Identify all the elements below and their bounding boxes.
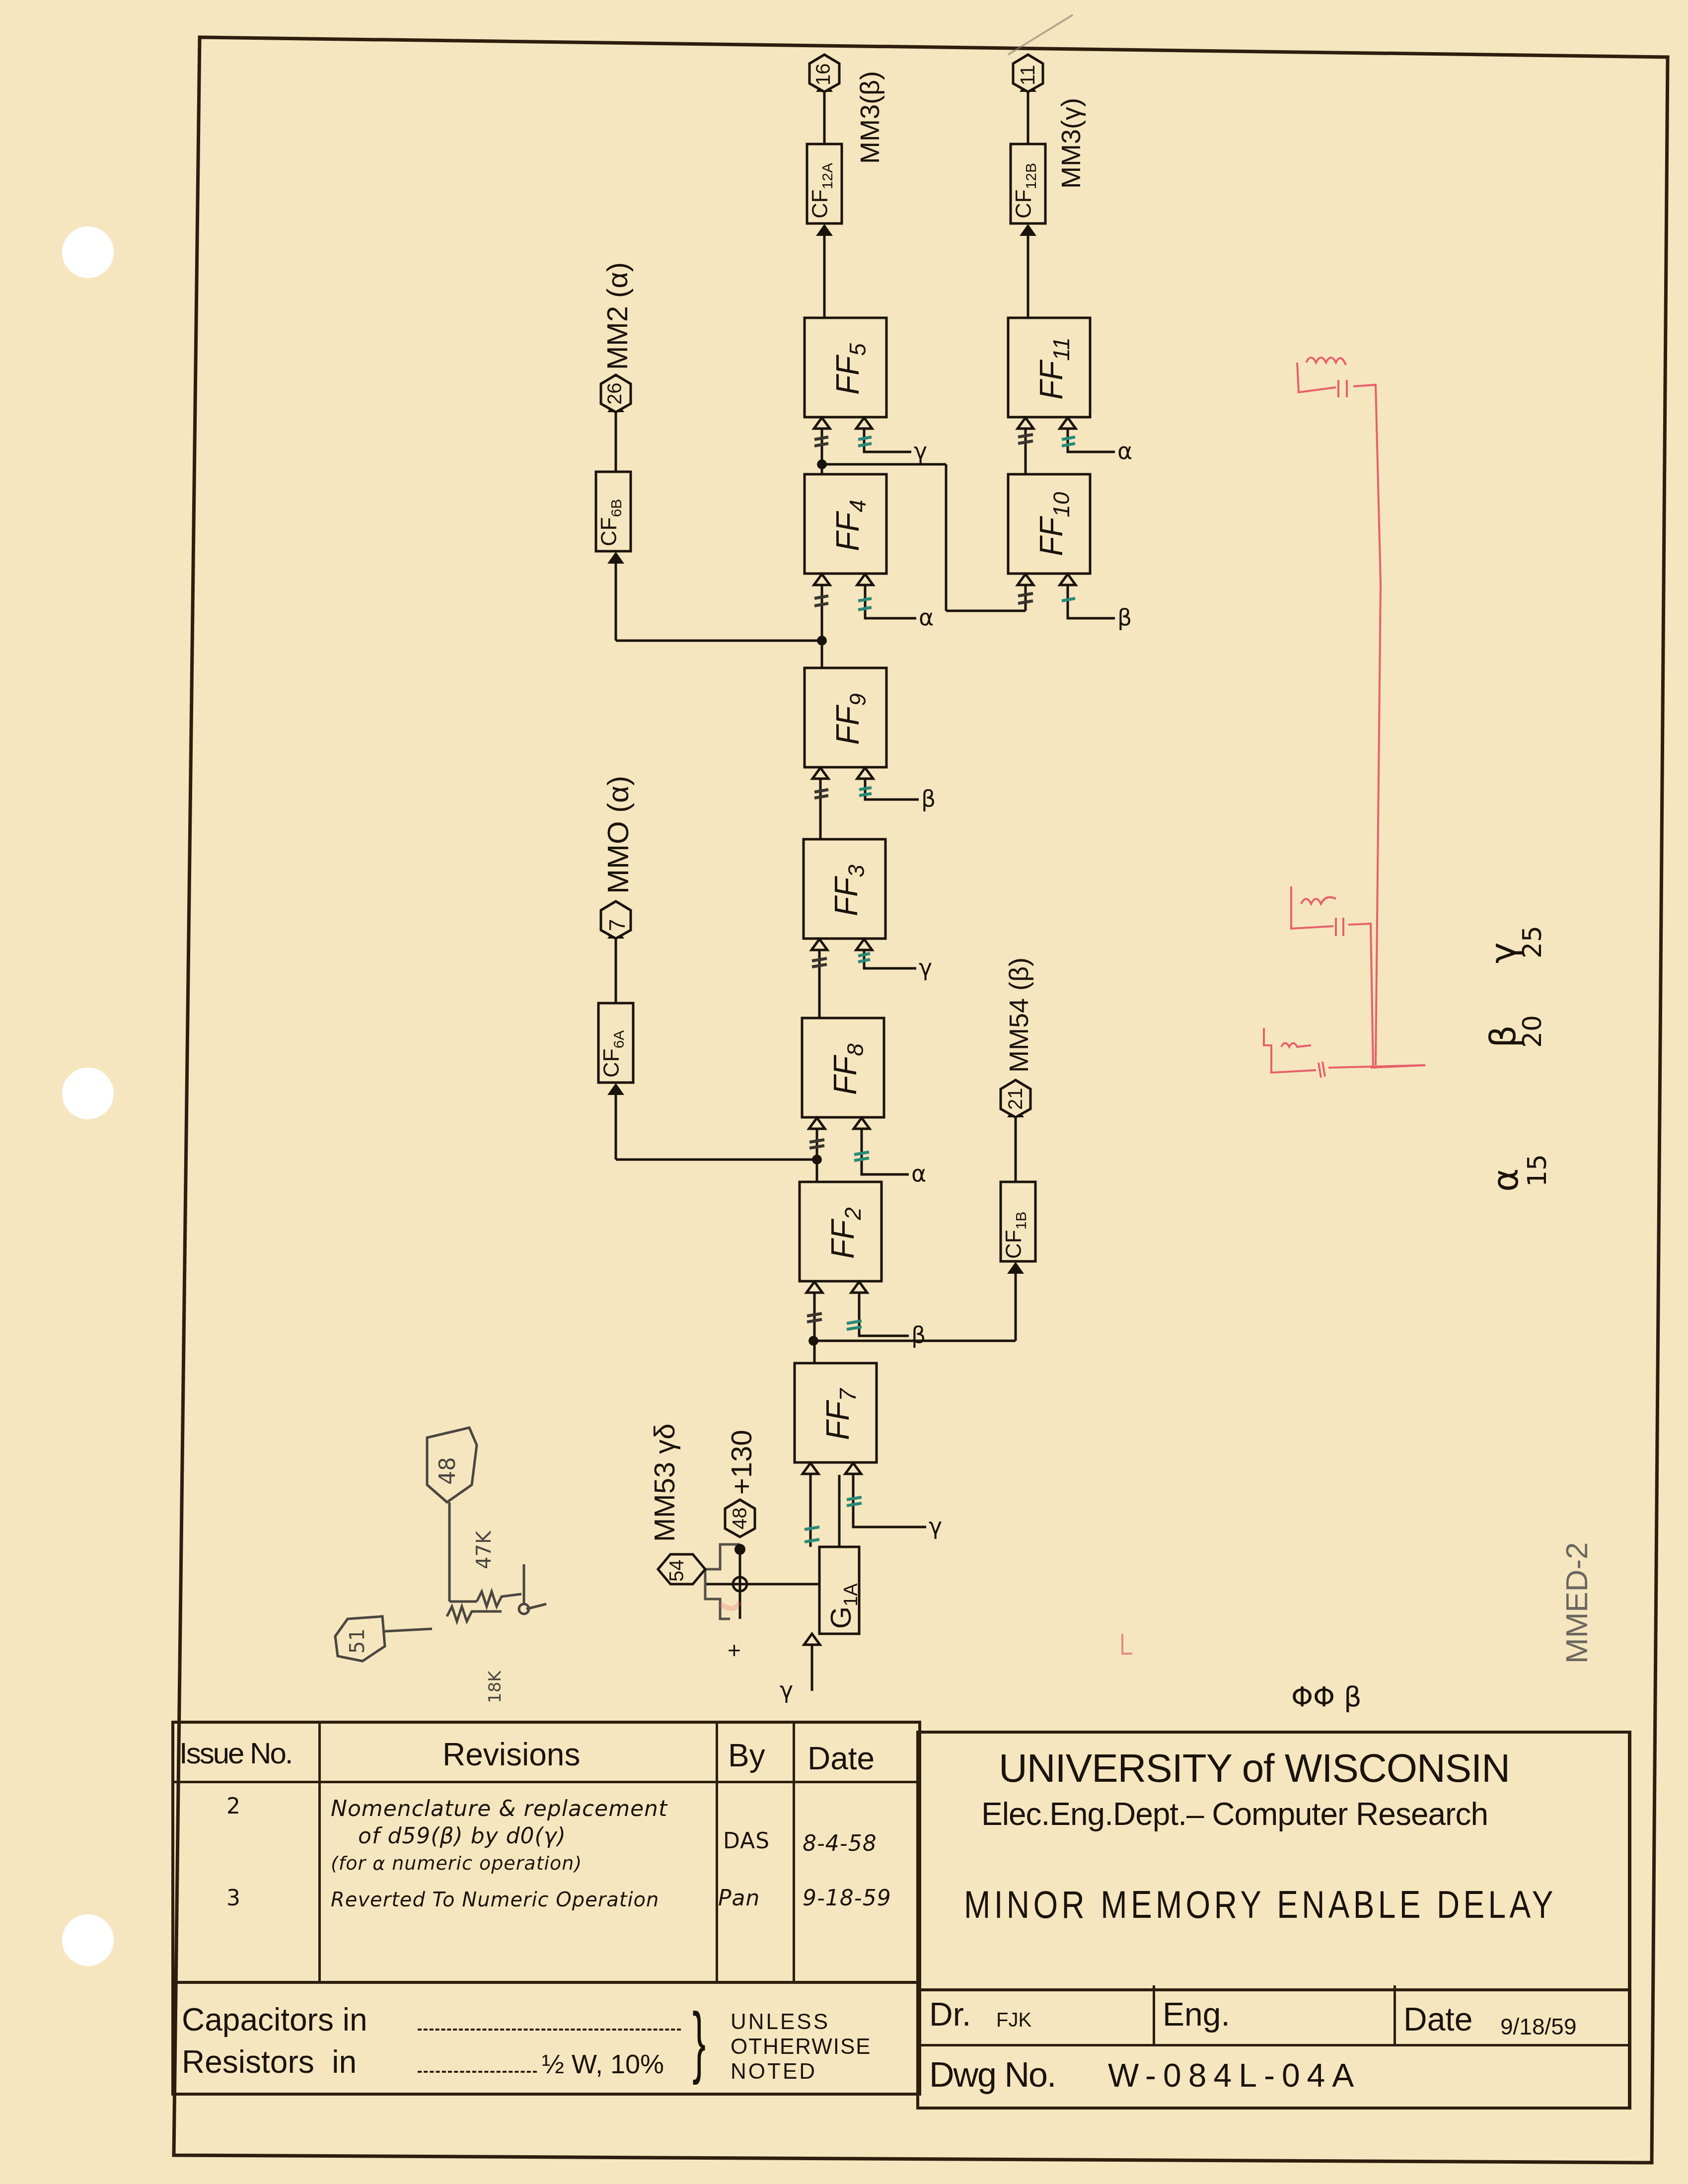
department-name: Elec.Eng.Dept.– Computer Research	[981, 1798, 1488, 1830]
title-block: UNIVERSITY of WISCONSIN Elec.Eng.Dept.– …	[916, 1731, 1631, 1991]
cf12a-label: CF12A	[809, 163, 835, 218]
connector-21-number: 21	[1006, 1088, 1026, 1110]
margin-phase-gamma-num: 25	[1520, 926, 1545, 958]
margin-phase-beta-num: 20	[1520, 1015, 1545, 1048]
ff10-label: FF10	[1035, 492, 1073, 556]
connector-54-label: MM53 γδ	[651, 1423, 679, 1542]
ff5-label: FF5	[832, 343, 869, 395]
resistor-spec: ½ W, 10%	[542, 2051, 664, 2078]
revision-text-line2: of d59(β) by d0(γ)	[358, 1825, 566, 1847]
unless-text: UNLESS	[731, 2011, 830, 2033]
connector-48-number: 48	[730, 1508, 750, 1530]
margin-phase-gamma: γ	[1485, 942, 1521, 963]
capacitors-label: Capacitors in	[182, 2004, 367, 2036]
notes-block: Capacitors in Resistors in ½ W, 10% } UN…	[171, 1981, 921, 2096]
ff11-label: FF11	[1035, 337, 1073, 400]
resistors-label: Resistors in	[182, 2046, 357, 2078]
capacitors-blank[interactable]	[418, 2029, 681, 2031]
sketch-resistor-47k: 47K	[474, 1531, 494, 1569]
margin-phase-alpha-num: 15	[1525, 1154, 1550, 1187]
ff7-clock-label: γ	[929, 1515, 942, 1537]
connector-26-label: MM2 (α)	[603, 262, 632, 370]
revision-text-line3: (for α numeric operation)	[331, 1854, 582, 1873]
g1a-label: G1A	[827, 1583, 861, 1629]
otherwise-text: OTHERWISE	[731, 2036, 872, 2058]
header-issue-no: Issue No.	[179, 1739, 292, 1768]
resistors-blank[interactable]	[418, 2071, 537, 2073]
revision-text-line1: Nomenclature & replacement	[331, 1798, 667, 1820]
margin-phase-alpha: α	[1487, 1168, 1523, 1192]
drawn-by-label: Dr.	[929, 1998, 971, 2031]
margin-phase-beta: β	[1485, 1025, 1521, 1048]
plus-sign: +	[728, 1639, 741, 1662]
revision-issue: 2	[226, 1796, 241, 1818]
drawn-by-value: FJK	[996, 2010, 1031, 2030]
revision-by: DAS	[723, 1830, 770, 1852]
engineer-label: Eng.	[1163, 1998, 1230, 2031]
connector-54-number: 54	[667, 1560, 687, 1582]
ff10-clock-label: β	[1117, 606, 1132, 629]
header-by: By	[728, 1740, 765, 1771]
noted-text: NOTED	[731, 2061, 817, 2083]
ff2-clock-label: β	[911, 1323, 926, 1346]
ff4-label: FF4	[832, 500, 869, 551]
date-value: 9/18/59	[1500, 2015, 1576, 2038]
ff9-label: FF9	[832, 693, 869, 745]
drawing-sheet: FF7 FF2 FF8 FF3 FF9 FF4 FF5 FF10 FF11 G1…	[0, 0, 1688, 2184]
brace: }	[692, 2001, 706, 2081]
connector-16-number: 16	[813, 64, 833, 86]
revisions-table: Issue No. Revisions By Date 2 Nomenclatu…	[171, 1721, 921, 1984]
ff4-clock-label: α	[919, 606, 934, 629]
connector-7-number: 7	[607, 919, 629, 931]
revision-issue: 3	[226, 1888, 241, 1909]
revision-date: 8-4-58	[803, 1833, 877, 1855]
date-label: Date	[1403, 2003, 1472, 2036]
connector-16-label: MM3(β)	[857, 71, 883, 164]
cf1b-label: CF1B	[1003, 1212, 1029, 1259]
connector-48-label: +130	[728, 1430, 756, 1495]
cf6a-label: CF6A	[601, 1030, 627, 1078]
ff9-clock-label: β	[921, 787, 936, 810]
connector-26-number: 26	[605, 383, 625, 405]
margin-bottom-note: ΦΦ β	[1291, 1683, 1362, 1711]
cf6b-label: CF6B	[598, 499, 624, 546]
sketch-hex-51: 51	[348, 1628, 367, 1654]
drawing-number-label: Dwg No.	[929, 2057, 1055, 2092]
header-revisions: Revisions	[442, 1739, 580, 1770]
ff2-label: FF2	[827, 1207, 864, 1259]
g1a-clock-label: γ	[780, 1678, 793, 1701]
institution-name: UNIVERSITY of WISCONSIN	[999, 1748, 1510, 1788]
sketch-resistor-18k: 18K	[487, 1671, 504, 1703]
connector-21-label: MM54 (β)	[1006, 957, 1032, 1073]
ff11-clock-label: α	[1117, 439, 1132, 462]
revision-by: Pan	[718, 1888, 760, 1909]
ff7-label: FF7	[822, 1388, 859, 1440]
drawing-title: MINOR MEMORY ENABLE DELAY	[964, 1885, 1557, 1924]
connector-7-label: MMO (α)	[603, 776, 633, 894]
cf12b-label: CF12B	[1013, 163, 1039, 218]
ff5-clock-label: γ	[914, 439, 927, 462]
ff3-clock-label: γ	[919, 956, 932, 979]
revision-date: 9-18-59	[803, 1888, 891, 1909]
header-date: Date	[807, 1743, 875, 1774]
revision-text-line1: Reverted To Numeric Operation	[331, 1890, 659, 1910]
sketch-hex-48: 48	[437, 1457, 459, 1485]
ff8-label: FF8	[829, 1043, 867, 1095]
ff3-label: FF3	[830, 865, 868, 916]
drawing-number-value: W-084L-04A	[1108, 2059, 1361, 2092]
margin-side-id: MMED-2	[1562, 1542, 1593, 1664]
connector-11-label: MM3(γ)	[1058, 98, 1085, 189]
title-info-block: Dr. FJK Eng. Date 9/18/59 Dwg No. W-084L…	[916, 1985, 1631, 2110]
connector-11-number: 11	[1018, 65, 1038, 85]
ff8-clock-label: α	[911, 1162, 926, 1185]
